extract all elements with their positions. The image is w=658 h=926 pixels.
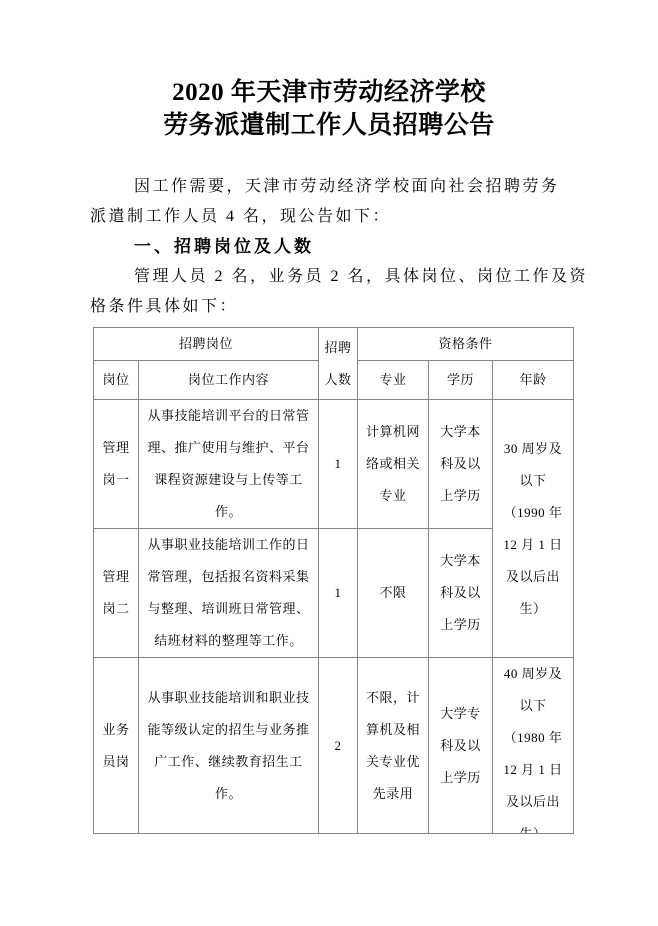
section-paragraph: 管理人员 2 名，业务员 2 名，具体岗位、岗位工作及资 格条件具体如下： — [90, 262, 658, 322]
cell-education: 大学专 科及以 上学历 — [429, 658, 493, 834]
header-cell-duties: 岗位工作内容 — [139, 361, 319, 400]
cell-education: 大学本 科及以 上学历 — [429, 400, 493, 529]
cell-post: 管理 岗一 — [94, 400, 139, 529]
document-page: 2020 年天津市劳动经济学校 劳务派遣制工作人员招聘公告 因工作需要，天津市劳… — [0, 0, 658, 926]
header-cell-post: 岗位 — [94, 361, 139, 400]
cell-count: 2 — [319, 658, 358, 834]
recruitment-table: 招聘岗位 招聘 人数 资格条件 岗位 岗位工作内容 专业 学历 年龄 管理 岗一… — [93, 327, 574, 834]
header-cell-major: 专业 — [358, 361, 429, 400]
cell-duties: 从事技能培训平台的日常管 理、推广使用与维护、平台 课程资源建设与上传等工 作。 — [139, 400, 319, 529]
table-header-group-row: 招聘岗位 招聘 人数 资格条件 — [94, 328, 574, 361]
header-cell-education: 学历 — [429, 361, 493, 400]
cell-education: 大学本 科及以 上学历 — [429, 529, 493, 658]
header-cell-qualification-group: 资格条件 — [358, 328, 574, 361]
header-cell-recruit-count: 招聘 人数 — [319, 328, 358, 400]
age-clipped-text: 40 周岁及 以下 （1980 年 12 月 1 日 及以后出 生） — [493, 658, 573, 833]
cell-post: 管理 岗二 — [94, 529, 139, 658]
cell-post: 业务 员岗 — [94, 658, 139, 834]
cell-major: 计算机网 络或相关 专业 — [358, 400, 429, 529]
cell-age-merged: 30 周岁及 以下 （1990 年 12 月 1 日 及以后出 生） — [493, 400, 574, 658]
cell-duties: 从事职业技能培训工作的日 常管理，包括报名资料采集 与整理、培训班日常管理、 结… — [139, 529, 319, 658]
cell-duties: 从事职业技能培训和职业技 能等级认定的招生与业务推 广工作、继续教育招生工 作。 — [139, 658, 319, 834]
header-cell-age: 年龄 — [493, 361, 574, 400]
section-heading: 一、招聘岗位及人数 — [90, 232, 658, 262]
table-row: 管理 岗一 从事技能培训平台的日常管 理、推广使用与维护、平台 课程资源建设与上… — [94, 400, 574, 529]
table-row: 业务 员岗 从事职业技能培训和职业技 能等级认定的招生与业务推 广工作、继续教育… — [94, 658, 574, 834]
cell-major: 不限，计 算机及相 关专业优 先录用 — [358, 658, 429, 834]
cell-count: 1 — [319, 400, 358, 529]
intro-paragraph: 因工作需要，天津市劳动经济学校面向社会招聘劳务 派遣制工作人员 4 名，现公告如… — [90, 172, 658, 232]
document-title: 2020 年天津市劳动经济学校 劳务派遣制工作人员招聘公告 — [0, 76, 658, 142]
header-cell-recruit-post-group: 招聘岗位 — [94, 328, 319, 361]
cell-major: 不限 — [358, 529, 429, 658]
cell-age: 40 周岁及 以下 （1980 年 12 月 1 日 及以后出 生） — [493, 658, 574, 834]
cell-count: 1 — [319, 529, 358, 658]
